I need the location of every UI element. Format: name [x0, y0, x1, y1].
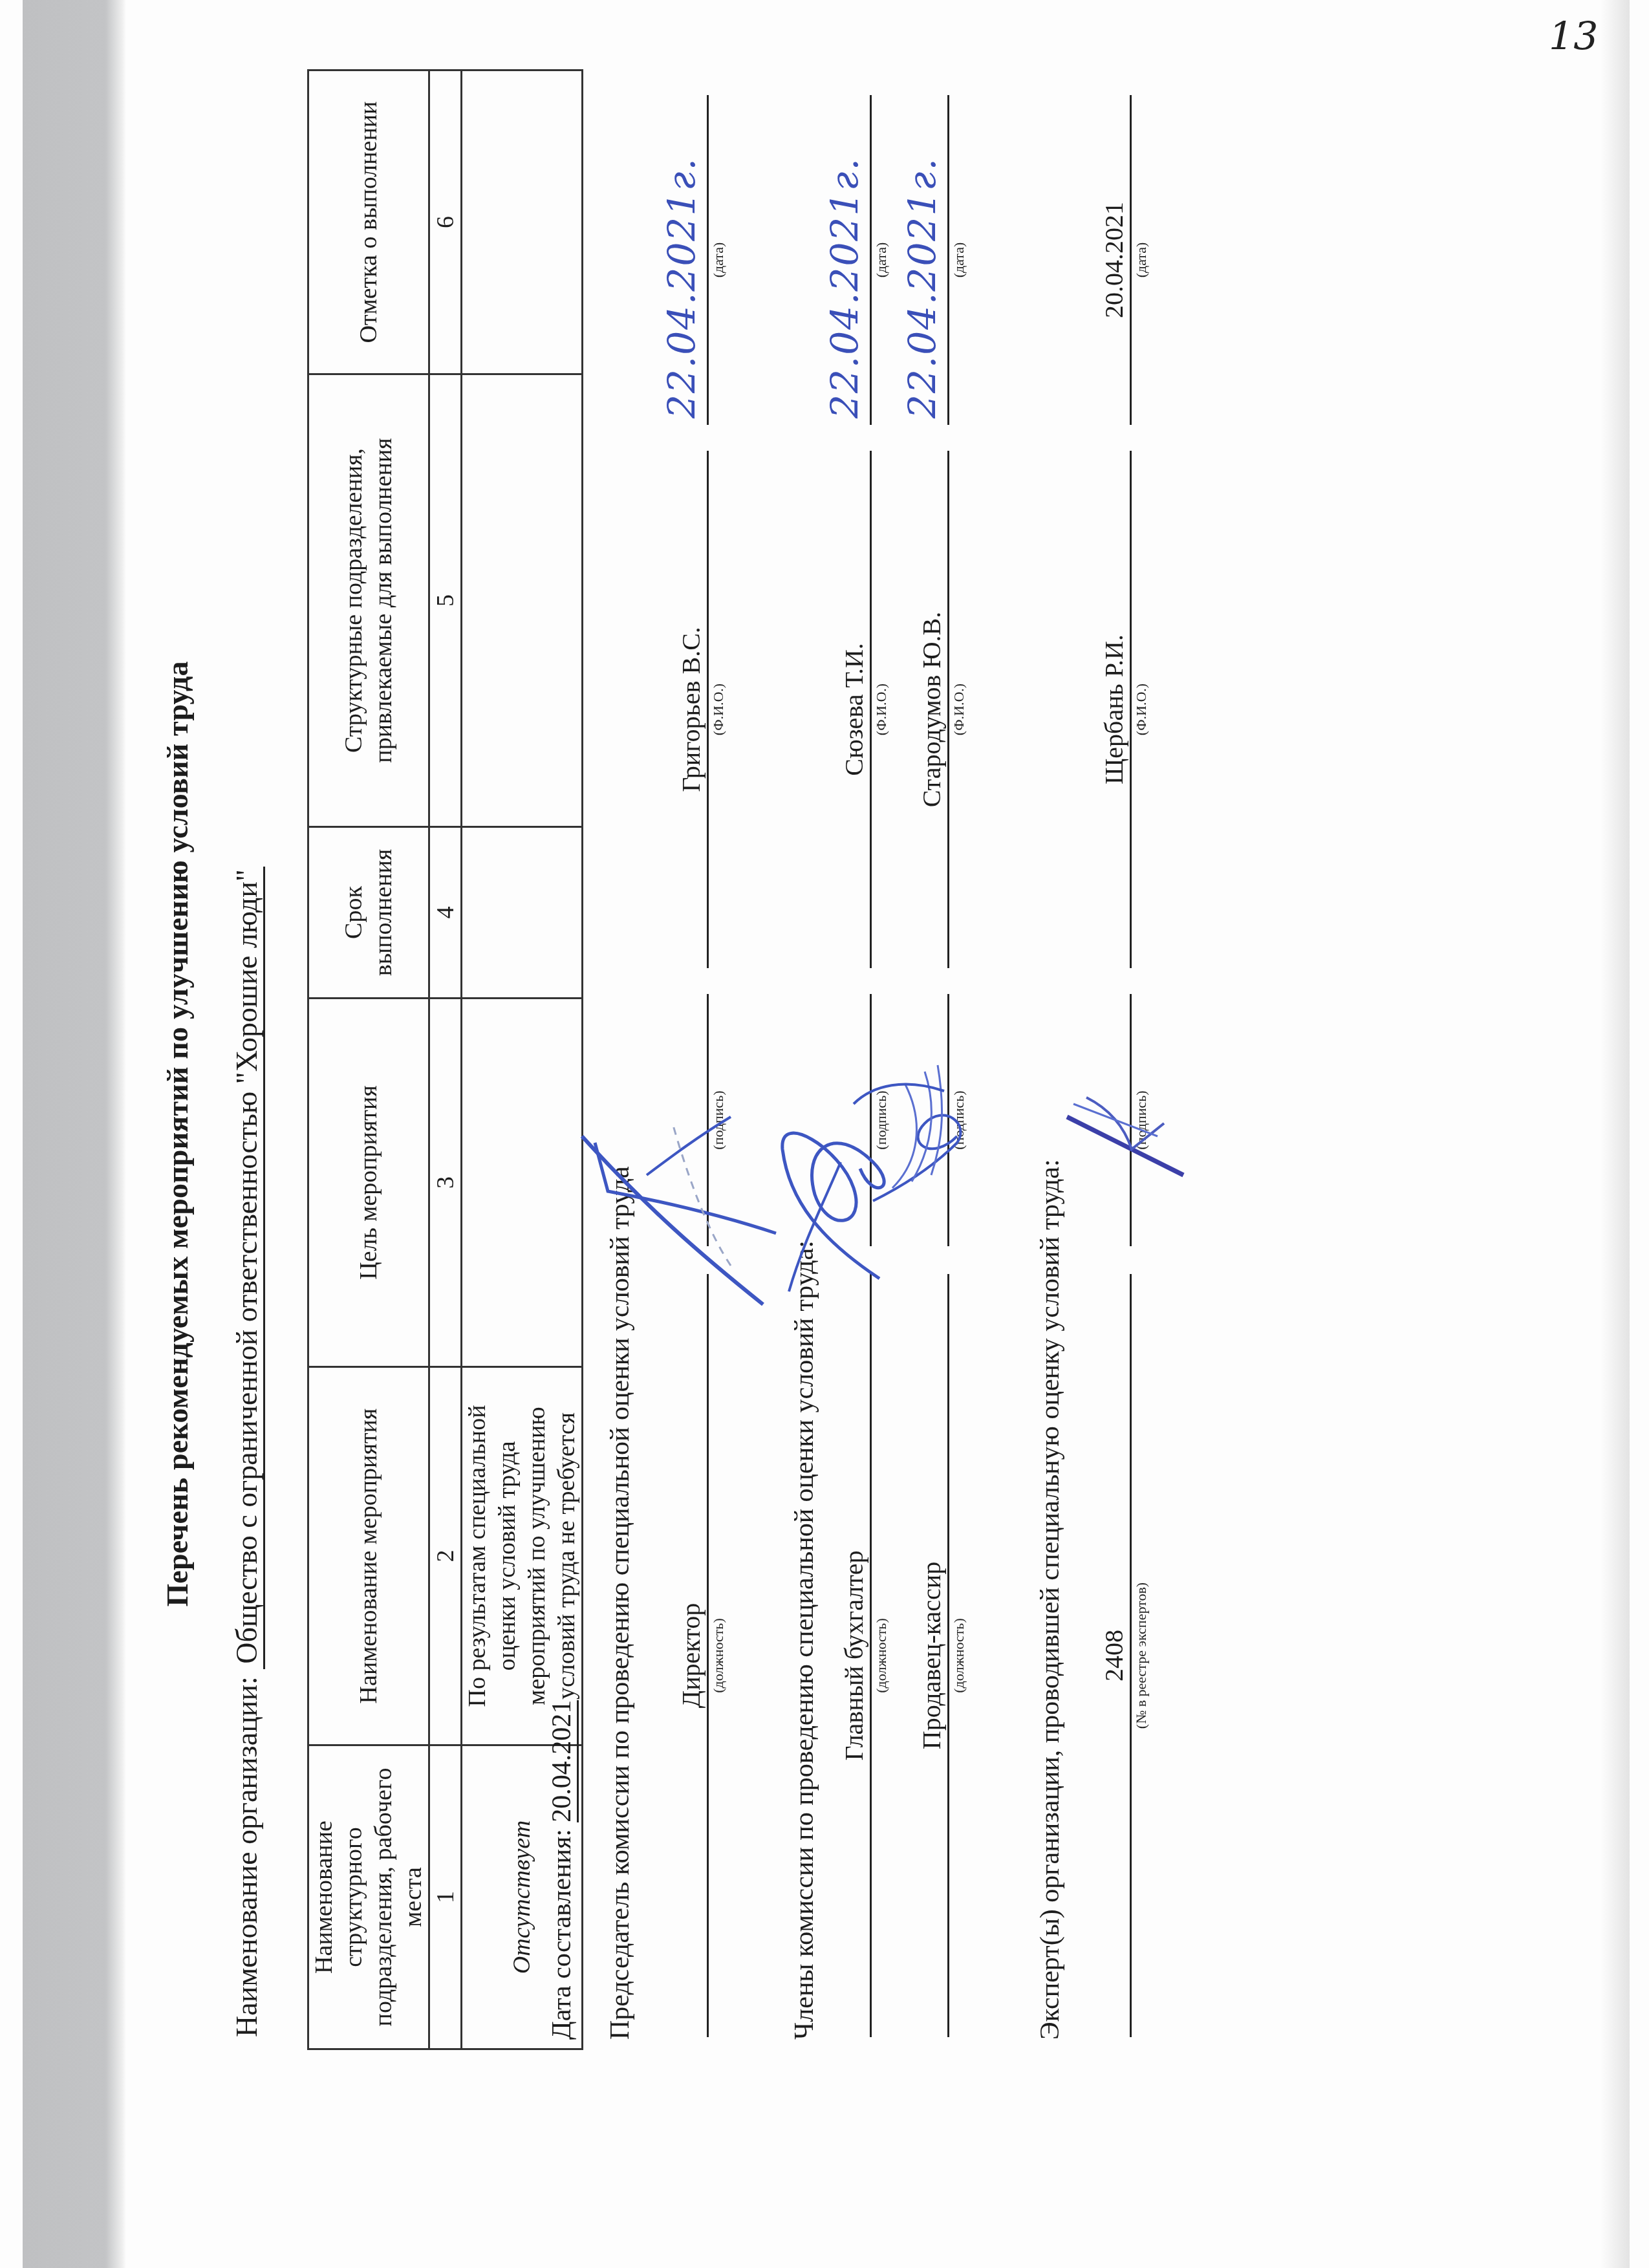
caption-date: (дата): [1133, 95, 1150, 425]
chairman-position-line: [707, 1274, 709, 2037]
expert-signature-icon: [1061, 1059, 1190, 1201]
caption-position: (должность): [710, 1274, 727, 2037]
table-column-numbers: 1 2 3 4 5 6: [429, 70, 462, 2049]
cell-deadline: [462, 827, 583, 999]
expert-name: Щербань Р.И.: [1099, 451, 1129, 968]
scanned-document: 13 Перечень рекомендуемых мероприятий по…: [0, 0, 1649, 2268]
caption-fio: (Ф.И.О.): [1133, 451, 1150, 968]
binding-shadow: [23, 0, 126, 2268]
organization-line: Наименование организации: Общество с огр…: [230, 867, 264, 2037]
expert-registry-number: 2408: [1099, 1274, 1129, 2037]
chairman-date-line: [707, 95, 709, 425]
chairman-date: 22.04.2021г.: [660, 157, 704, 418]
member-1-position: Главный бухгалтер: [839, 1274, 869, 2037]
header-unit: Наименование структурного подразделения,…: [308, 1745, 429, 2049]
member-1-position-line: [870, 1274, 872, 2037]
experts-heading: Эксперт(ы) организации, проводившей спец…: [1035, 1159, 1066, 2040]
chairman-position: Директор: [676, 1274, 706, 2037]
expert-registry-line: [1130, 1274, 1132, 2037]
column-number: 3: [429, 999, 462, 1367]
cell-departments: [462, 374, 583, 827]
page-edge-shade: [1600, 0, 1630, 2268]
member-2-name: Стародумов Ю.В.: [916, 451, 947, 968]
organization-label: Наименование организации:: [230, 1676, 263, 2037]
expert-date: 20.04.2021: [1099, 95, 1129, 425]
caption-fio: (Ф.И.О.): [710, 451, 727, 968]
header-deadline: Срок выполнения: [308, 827, 429, 999]
landscape-page: Перечень рекомендуемых мероприятий по ул…: [0, 0, 1649, 2268]
header-departments: Структурные подразделения, привлекаемые …: [308, 374, 429, 827]
member-2-position-line: [947, 1274, 949, 2037]
date-compiled-value: 20.04.2021: [547, 1700, 579, 1822]
expert-date-line: [1130, 95, 1132, 425]
column-number: 4: [429, 827, 462, 999]
chairman-name-line: [707, 451, 709, 968]
caption-fio: (Ф.И.О.): [873, 451, 890, 968]
caption-date: (дата): [710, 95, 727, 425]
member-1-date: 22.04.2021г.: [823, 157, 867, 418]
member-2-date-line: [947, 95, 949, 425]
header-completion: Отметка о выполнении: [308, 70, 429, 374]
column-number: 2: [429, 1367, 462, 1745]
column-number: 6: [429, 70, 462, 374]
document-title: Перечень рекомендуемых мероприятий по ул…: [160, 0, 195, 2268]
expert-name-line: [1130, 451, 1132, 968]
members-signatures-icon: [763, 955, 976, 1317]
member-1-name-line: [870, 451, 872, 968]
member-1-date-line: [870, 95, 872, 425]
cell-goal: [462, 999, 583, 1367]
caption-registry: (№ в реестре экспертов): [1133, 1274, 1150, 2037]
members-heading: Члены комиссии по проведению специальной…: [789, 1240, 820, 2040]
chairman-name: Григорьев В.С.: [676, 451, 706, 968]
cell-measure: По результатам специальной оценки услови…: [462, 1367, 583, 1745]
cell-completion: [462, 70, 583, 374]
chairman-signature-icon: [569, 1007, 782, 1330]
caption-date: (дата): [873, 95, 890, 425]
date-compiled: Дата составления: 20.04.2021: [546, 1700, 577, 2040]
header-goal: Цель мероприятия: [308, 999, 429, 1367]
header-measure: Наименование мероприятия: [308, 1367, 429, 1745]
member-2-name-line: [947, 451, 949, 968]
column-number: 1: [429, 1745, 462, 2049]
member-2-date: 22.04.2021г.: [900, 157, 944, 418]
caption-position: (должность): [951, 1274, 967, 2037]
member-2-position: Продавец-кассир: [916, 1274, 947, 2037]
column-number: 5: [429, 374, 462, 827]
table-header-row: Наименование структурного подразделения,…: [308, 70, 429, 2049]
member-1-name: Сюзева Т.И.: [839, 451, 869, 968]
measures-table: Наименование структурного подразделения,…: [307, 69, 583, 2050]
date-compiled-label: Дата составления:: [547, 1829, 577, 2040]
caption-fio: (Ф.И.О.): [951, 451, 967, 968]
caption-date: (дата): [951, 95, 967, 425]
organization-name: Общество с ограниченной ответственностью…: [230, 867, 265, 1669]
caption-position: (должность): [873, 1274, 890, 2037]
